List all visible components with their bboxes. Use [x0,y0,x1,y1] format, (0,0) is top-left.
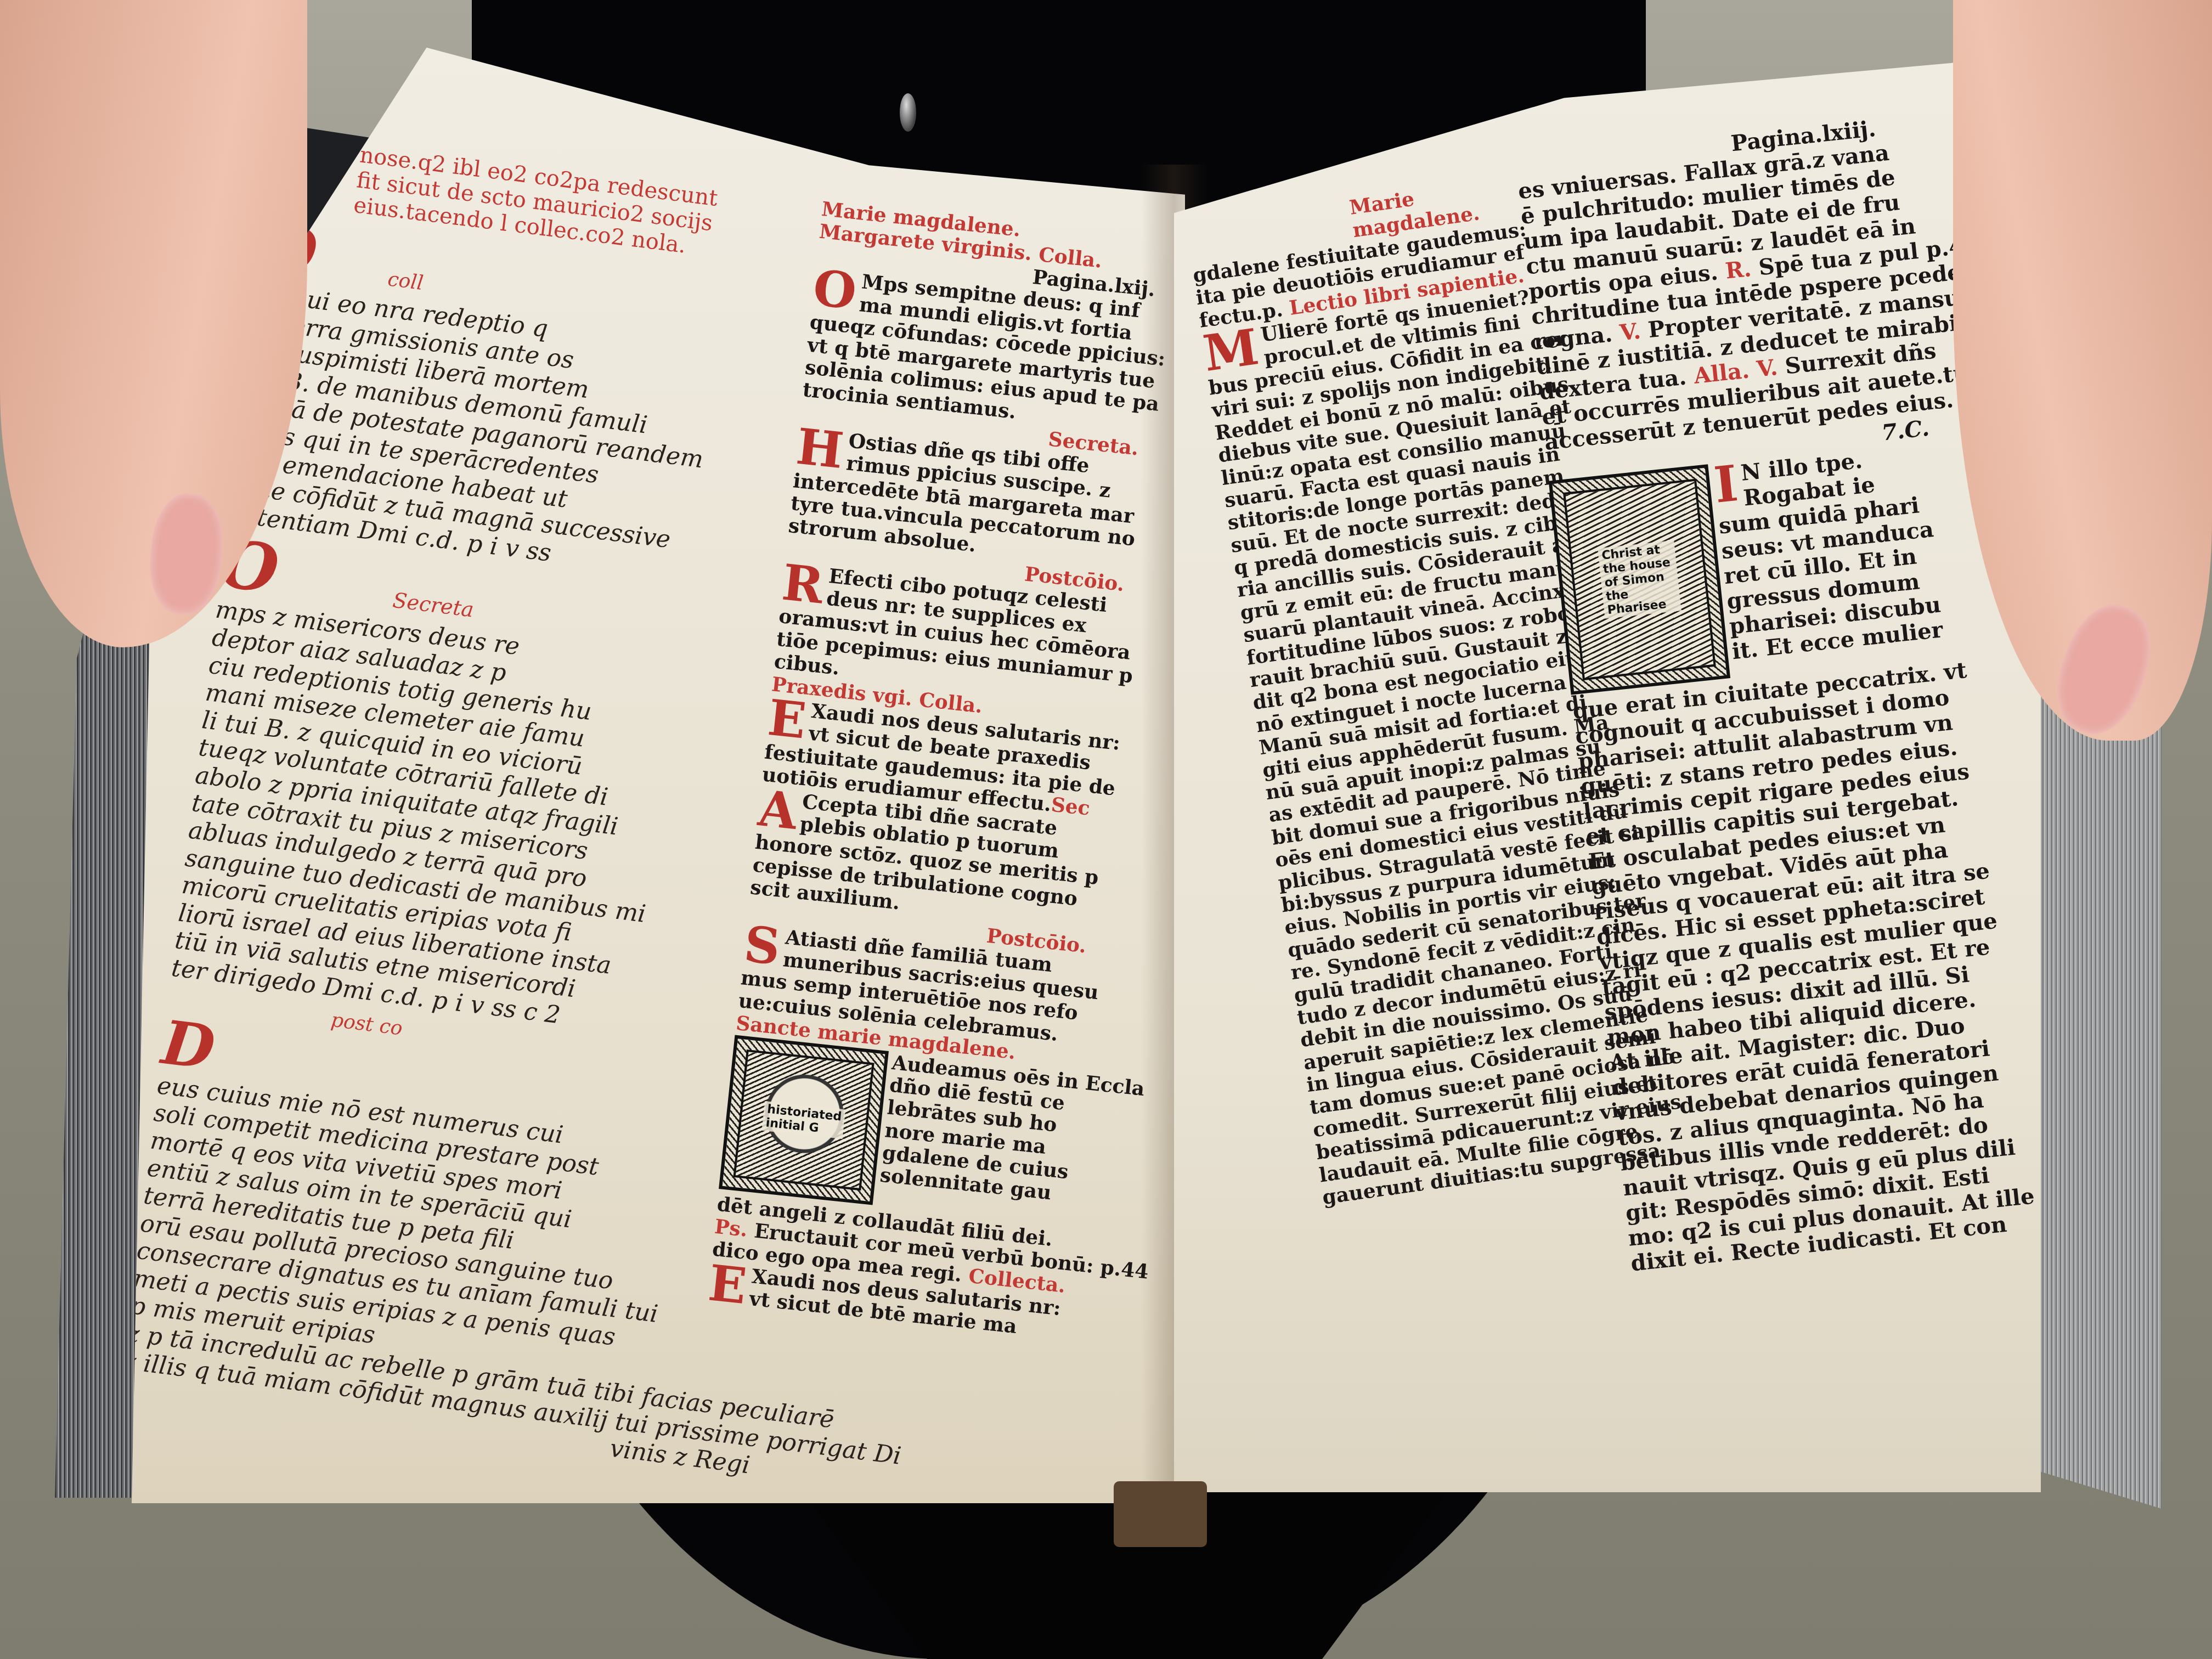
rubric-coll: coll [386,268,424,295]
initial-a: A [757,786,799,834]
initial-m: M [1201,325,1261,376]
initial-d2: D [159,1012,218,1079]
spine-headband [1114,1481,1207,1547]
shirt-button [900,93,916,132]
initial-r: R [780,560,826,608]
rubric-secreta: Secreta [391,588,475,622]
initial-i: I [1712,461,1740,508]
initial-s: S [742,922,782,969]
right-page: Marie magdalene. gdalene festiuitate gau… [1174,55,2041,1492]
woodcut-christ-simon-pharisee: Christ at the house of Simon the Pharise… [1549,464,1730,695]
versicle2-label: V. [1756,354,1779,382]
initial-e2: E [707,1261,749,1309]
versicle-label: V. [1618,318,1642,346]
woodcut-historiated-initial: historiated initial G [719,1035,889,1205]
initial-h: H [794,424,845,473]
psalm-label: Ps. [714,1215,749,1242]
responsory-label: R. [1724,256,1753,284]
initial-o-print: O [811,266,858,315]
initial-e: E [766,696,808,744]
